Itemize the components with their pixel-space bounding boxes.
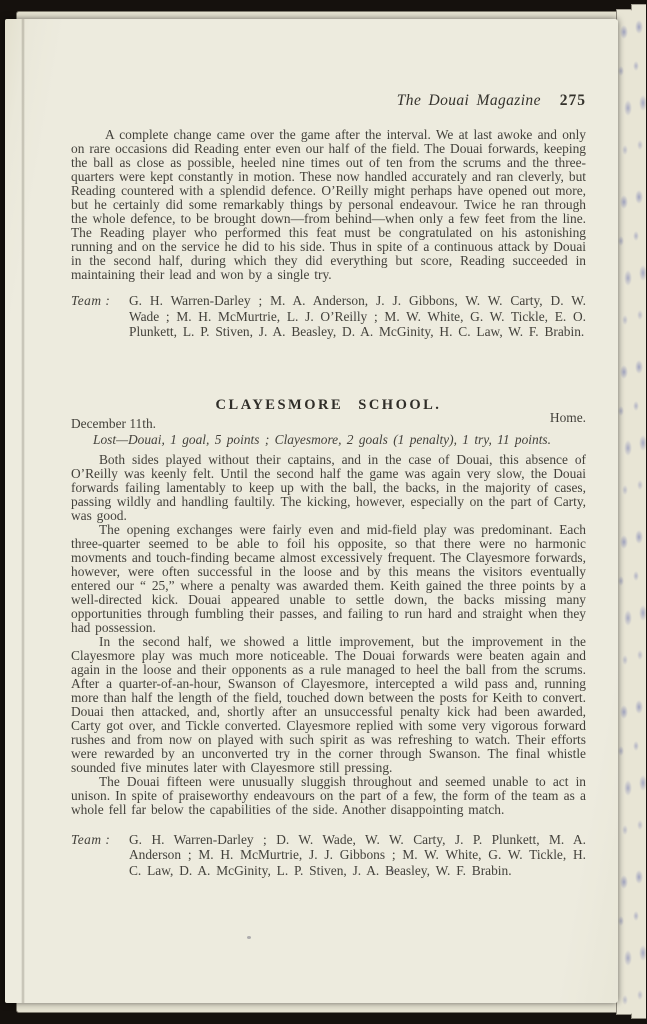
reading-team-list: Team : G. H. Warren-Darley ; M. A. Ander…: [71, 293, 586, 340]
date-row: December 11th. Home.: [71, 417, 586, 431]
team-names: G. H. Warren-Darley ; M. A. Anderson, J.…: [129, 293, 586, 339]
match-date: December 11th.: [71, 417, 156, 431]
clayesmore-team-list: Team : G. H. Warren-Darley ; D. W. Wade,…: [71, 832, 586, 879]
clayesmore-paragraph: The opening exchanges were fairly even a…: [71, 523, 586, 635]
magazine-page: The Douai Magazine 275 A complete change…: [5, 19, 618, 1003]
page-content: The Douai Magazine 275 A complete change…: [71, 19, 586, 1003]
clayesmore-paragraph: In the second half, we showed a little i…: [71, 635, 586, 775]
team-label: Team :: [71, 832, 110, 848]
book-scan: The Douai Magazine 275 A complete change…: [0, 0, 647, 1024]
clayesmore-heading: CLAYESMORE SCHOOL.: [71, 396, 586, 414]
scan-speck: [389, 869, 394, 872]
running-header: The Douai Magazine 275: [71, 91, 586, 111]
team-label: Team :: [71, 293, 110, 309]
match-venue: Home.: [550, 411, 586, 425]
clayesmore-paragraph: Both sides played without their captains…: [71, 453, 586, 523]
page-gutter-crease: [21, 19, 25, 1003]
reading-match-paragraph: A complete change came over the game aft…: [71, 128, 586, 282]
page-edge-strip: [631, 4, 646, 1019]
scan-speck: [247, 936, 251, 939]
page-edge-strip: [616, 9, 632, 1015]
team-names: G. H. Warren-Darley ; D. W. Wade, W. W. …: [129, 832, 586, 878]
clayesmore-paragraph: The Douai fifteen were unusually sluggis…: [71, 775, 586, 817]
match-result-line: Lost—Douai, 1 goal, 5 points ; Clayesmor…: [71, 433, 586, 447]
page-number: 275: [560, 92, 586, 109]
magazine-title: The Douai Magazine: [397, 92, 541, 109]
